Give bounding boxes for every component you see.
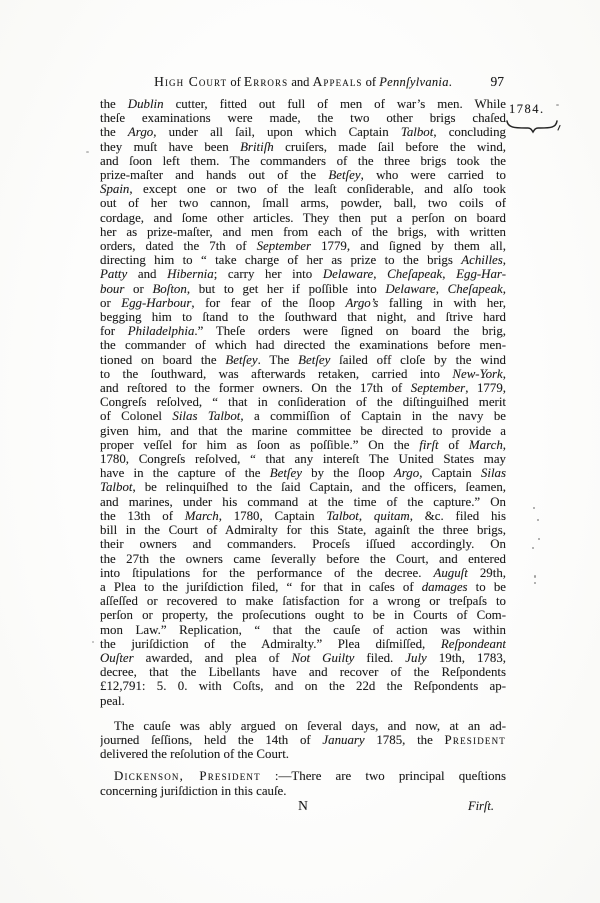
page-footer: N Firſt. bbox=[100, 798, 506, 814]
text-line: their owners and commanders. Proceſs iſſ… bbox=[100, 537, 506, 551]
text-line: the 13th of March, 1780, Captain Talbot,… bbox=[100, 509, 506, 523]
scan-speck bbox=[86, 151, 89, 153]
text-line: the juriſdiction of the Admiralty.” Plea… bbox=[100, 637, 506, 651]
text-line: Ouſter awarded, and plea of Not Guilty f… bbox=[100, 651, 506, 665]
text-line: tioned on board the Betſey. The Betſey ſ… bbox=[100, 353, 506, 367]
catchword: Firſt. bbox=[468, 799, 494, 814]
text-line: the Dublin cutter, fitted out full of me… bbox=[100, 97, 506, 111]
text-line: or Egg-Harbour, for fear of the ſloop Ar… bbox=[100, 296, 506, 310]
page-number: 97 bbox=[491, 74, 505, 90]
text-line: of Colonel Silas Talbot, a commiſſion of… bbox=[100, 409, 506, 423]
text-line: prize-maſter and hands out of the Betſey… bbox=[100, 168, 506, 182]
scan-speck bbox=[534, 575, 536, 578]
text-line: the commander of which had directed the … bbox=[100, 338, 506, 352]
text-line: theſe examinations were made, the two ot… bbox=[100, 111, 506, 125]
page-header: High Court of Errors and Appeals of Penn… bbox=[100, 74, 506, 90]
scan-speck bbox=[537, 519, 539, 521]
body-paragraph: The cauſe was ably argued on ſeveral day… bbox=[100, 719, 506, 762]
text-line: and ſoon left them. The commanders of th… bbox=[100, 154, 506, 168]
text-line: mon Law.” Replication, “ that the cauſe … bbox=[100, 623, 506, 637]
text-line: Spain, except one or two of the leaſt co… bbox=[100, 182, 506, 196]
text-line: journed ſeſſions, held the 14th of Janua… bbox=[100, 733, 506, 747]
scan-speck bbox=[538, 538, 540, 540]
text-line: her as prize-maſter, and men from each o… bbox=[100, 225, 506, 239]
running-title: High Court of Errors and Appeals of Penn… bbox=[154, 75, 452, 89]
text-line: begging him to ſtand to the ſouthward th… bbox=[100, 310, 506, 324]
text-line: cordage, and ſome other articles. They t… bbox=[100, 211, 506, 225]
text-line: delivered the reſolution of the Court. bbox=[100, 747, 506, 761]
text-line: out of her two cannon, ſmall arms, powde… bbox=[100, 196, 506, 210]
text-line: into ſtipulations for the performance of… bbox=[100, 566, 506, 580]
text-line: Patty and Hibernia; carry her into Delaw… bbox=[100, 267, 506, 281]
scan-speck bbox=[92, 641, 94, 643]
scan-speck bbox=[556, 104, 559, 106]
signature-mark: N bbox=[298, 798, 308, 813]
text-line: orders, dated the 7th of September 1779,… bbox=[100, 239, 506, 253]
text-line: Talbot, be relinquiſhed to the ſaid Capt… bbox=[100, 480, 506, 494]
text-line: perſon or property, the proſecutions oug… bbox=[100, 608, 506, 622]
body-paragraph: the Dublin cutter, fitted out full of me… bbox=[100, 97, 506, 708]
text-line: 1780, Congreſs reſolved, “ that any inte… bbox=[100, 452, 506, 466]
text-line: have in the capture of the Betſey by the… bbox=[100, 466, 506, 480]
text-line: Dickenson, President :—There are two pri… bbox=[100, 769, 506, 783]
book-page-scan: High Court of Errors and Appeals of Penn… bbox=[0, 0, 600, 903]
text-line: a Plea to the juriſdiction filed, “ for … bbox=[100, 580, 506, 594]
text-line: decree, that the Libellants have and rec… bbox=[100, 665, 506, 679]
text-line: and marines, under his command at the ti… bbox=[100, 495, 506, 509]
text-line: concerning juriſdiction in this cauſe. bbox=[100, 784, 506, 798]
text-line: given him, and that the marine committee… bbox=[100, 424, 506, 438]
text-line: bill in the Court of Admiralty for this … bbox=[100, 523, 506, 537]
text-line: for Philadelphia.” Theſe orders were ſig… bbox=[100, 324, 506, 338]
text-line: the Argo, under all ſail, upon which Cap… bbox=[100, 125, 506, 139]
text-line: and reſtored to the former owners. On th… bbox=[100, 381, 506, 395]
text-line: proper veſſel for him as ſoon as poſſibl… bbox=[100, 438, 506, 452]
margin-year-note: 1784. bbox=[509, 102, 563, 134]
scan-speck bbox=[534, 582, 536, 584]
text-line: The cauſe was ably argued on ſeveral day… bbox=[100, 719, 506, 733]
text-line: peal. bbox=[100, 694, 506, 708]
text-line: the 27th the owners came ſeverally befor… bbox=[100, 552, 506, 566]
text-line: Congreſs reſolved, “ that in conſiderati… bbox=[100, 395, 506, 409]
scan-speck bbox=[533, 507, 535, 509]
text-block: the Dublin cutter, fitted out full of me… bbox=[100, 97, 506, 798]
text-line: £12,791: 5. 0. with Coſts, and on the 22… bbox=[100, 679, 506, 693]
text-line: bour or Boſton, but to get her if poſſib… bbox=[100, 282, 506, 296]
year-brace-glyph bbox=[505, 118, 563, 134]
text-line: directing him to “ take charge of her as… bbox=[100, 253, 506, 267]
body-paragraph: Dickenson, President :—There are two pri… bbox=[100, 769, 506, 797]
text-line: aſſeſſed or recovered to make ſatisfacti… bbox=[100, 594, 506, 608]
scan-speck bbox=[532, 547, 534, 549]
margin-year: 1784. bbox=[509, 102, 563, 117]
text-line: to the ſouthward, was afterwards retaken… bbox=[100, 367, 506, 381]
text-line: they muſt have been Britiſh cruiſers, ma… bbox=[100, 140, 506, 154]
